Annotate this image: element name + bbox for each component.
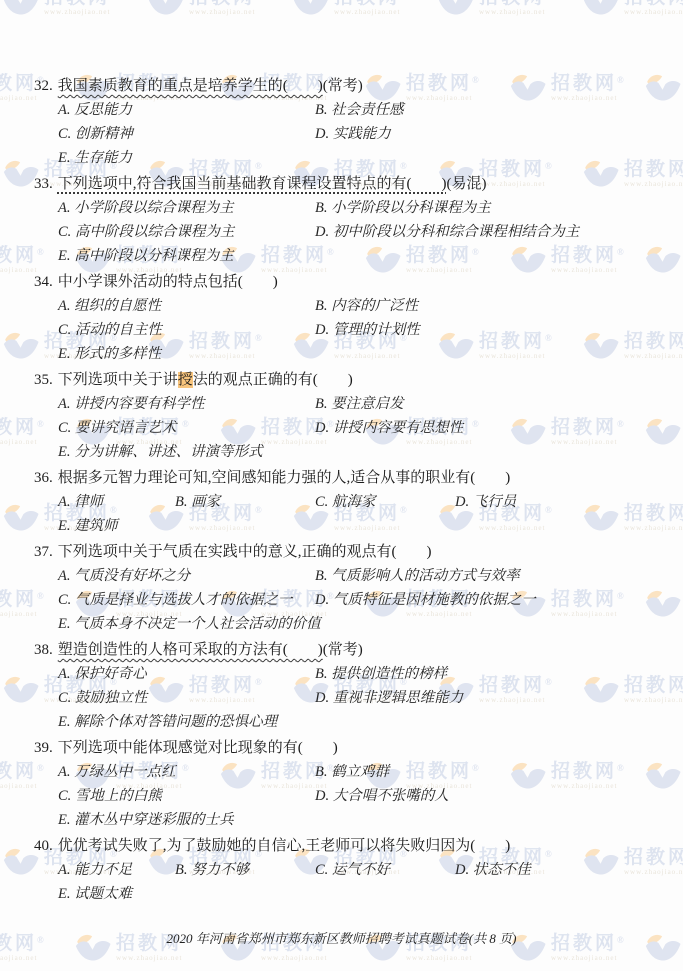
question-stem-line: 37.下列选项中关于气质在实践中的意义,正确的观点有( ) <box>0 540 683 564</box>
question-35: 35.下列选项中关于讲授法的观点正确的有( )A. 讲授内容要有科学性B. 要注… <box>0 368 683 464</box>
option-row: A. 小学阶段以综合课程为主B. 小学阶段以分科课程为主 <box>0 196 683 220</box>
question-34: 34.中小学课外活动的特点包括( )A. 组织的自愿性B. 内容的广泛性C. 活… <box>0 270 683 366</box>
question-36: 36.根据多元智力理论可知,空间感知能力强的人,适合从事的职业有( )A. 律师… <box>0 466 683 538</box>
option-row: E. 气质本身不决定一个人社会活动的价值 <box>0 612 683 636</box>
question-stem-text: 下列选项中关于讲授法的观点正确的有( ) <box>58 372 353 388</box>
option: A. 保护好奇心 <box>58 662 147 686</box>
question-stem-text: 优优考试失败了,为了鼓励她的自信心,王老师可以将失败归因为( ) <box>58 838 511 854</box>
question-frequency-tag: (常考) <box>323 78 363 94</box>
option-row: E. 试题太难 <box>0 882 683 906</box>
question-stem-text: 根据多元智力理论可知,空间感知能力强的人,适合从事的职业有( ) <box>58 470 511 486</box>
option: A. 组织的自愿性 <box>58 294 161 318</box>
option: C. 鼓励独立性 <box>58 686 147 710</box>
option: A. 万绿丛中一点红 <box>58 760 176 784</box>
option: A. 律师 <box>58 490 103 514</box>
option: D. 状态不佳 <box>455 858 531 882</box>
option-row: C. 气质是择业与选拔人才的依据之一D. 气质特征是因材施教的依据之一 <box>0 588 683 612</box>
option: B. 鹤立鸡群 <box>315 760 389 784</box>
option: B. 气质影响人的活动方式与效率 <box>315 564 520 588</box>
option-row: C. 活动的自主性D. 管理的计划性 <box>0 318 683 342</box>
option: C. 活动的自主性 <box>58 318 162 342</box>
page-footer: 2020 年河南省郑州市郑东新区教师招聘考试真题试卷(共 8 页) <box>0 928 683 947</box>
question-frequency-tag: (易混) <box>447 176 487 192</box>
question-stem-line: 34.中小学课外活动的特点包括( ) <box>0 270 683 294</box>
option: E. 建筑师 <box>58 514 118 538</box>
option-row: A. 气质没有好坏之分B. 气质影响人的活动方式与效率 <box>0 564 683 588</box>
option: A. 气质没有好坏之分 <box>58 564 190 588</box>
option-row: A. 讲授内容要有科学性B. 要注意启发 <box>0 392 683 416</box>
question-list: 32.我国素质教育的重点是培养学生的( )(常考)A. 反思能力B. 社会责任感… <box>0 74 683 906</box>
question-stem-line: 36.根据多元智力理论可知,空间感知能力强的人,适合从事的职业有( ) <box>0 466 683 490</box>
option: D. 飞行员 <box>455 490 516 514</box>
option-row: A. 反思能力B. 社会责任感 <box>0 98 683 122</box>
question-stem-line: 35.下列选项中关于讲授法的观点正确的有( ) <box>0 368 683 392</box>
option-row: E. 解除个体对答错问题的恐惧心理 <box>0 710 683 734</box>
option: D. 初中阶段以分科和综合课程相结合为主 <box>315 220 579 244</box>
question-37: 37.下列选项中关于气质在实践中的意义,正确的观点有( )A. 气质没有好坏之分… <box>0 540 683 636</box>
question-number: 40. <box>34 838 53 854</box>
question-number: 34. <box>34 274 53 290</box>
option: D. 大合唱不张嘴的人 <box>315 784 449 808</box>
question-stem-text: 下列选项中关于气质在实践中的意义,正确的观点有( ) <box>58 544 432 560</box>
question-33: 33.下列选项中,符合我国当前基础教育课程设置特点的有( )(易混)A. 小学阶… <box>0 172 683 268</box>
question-stem-line: 40.优优考试失败了,为了鼓励她的自信心,王老师可以将失败归因为( ) <box>0 834 683 858</box>
option: E. 灌木丛中穿迷彩服的士兵 <box>58 808 234 832</box>
question-number: 36. <box>34 470 53 486</box>
question-number: 35. <box>34 372 53 388</box>
option: C. 运气不好 <box>315 858 390 882</box>
question-stem-text: 塑造创造性的人格可采取的方法有( ) <box>58 642 323 658</box>
option: B. 小学阶段以分科课程为主 <box>315 196 491 220</box>
option: E. 生存能力 <box>58 146 132 170</box>
option: E. 解除个体对答错问题的恐惧心理 <box>58 710 277 734</box>
question-stem-line: 39.下列选项中能体现感觉对比现象的有( ) <box>0 736 683 760</box>
option-row: E. 形式的多样性 <box>0 342 683 366</box>
option-row: E. 灌木丛中穿迷彩服的士兵 <box>0 808 683 832</box>
option: D. 讲授内容要有思想性 <box>315 416 463 440</box>
question-stem-text: 下列选项中,符合我国当前基础教育课程设置特点的有( ) <box>58 176 447 192</box>
question-number: 39. <box>34 740 53 756</box>
option: C. 创新精神 <box>58 122 133 146</box>
option: A. 小学阶段以综合课程为主 <box>58 196 234 220</box>
question-40: 40.优优考试失败了,为了鼓励她的自信心,王老师可以将失败归因为( )A. 能力… <box>0 834 683 906</box>
option: E. 气质本身不决定一个人社会活动的价值 <box>58 612 321 636</box>
option-row: E. 高中阶段以分科课程为主 <box>0 244 683 268</box>
option: C. 气质是择业与选拔人才的依据之一 <box>58 588 292 612</box>
question-stem-text: 我国素质教育的重点是培养学生的( ) <box>58 78 323 94</box>
option-row: A. 律师B. 画家C. 航海家D. 飞行员 <box>0 490 683 514</box>
option: D. 重视非逻辑思维能力 <box>315 686 463 710</box>
exam-paper-page: { "page": { "background": "#fdfdfd", "te… <box>0 0 683 971</box>
option-row: E. 生存能力 <box>0 146 683 170</box>
option-row: A. 万绿丛中一点红B. 鹤立鸡群 <box>0 760 683 784</box>
option: A. 反思能力 <box>58 98 132 122</box>
option-row: C. 要讲究语言艺术D. 讲授内容要有思想性 <box>0 416 683 440</box>
question-stem-line: 33.下列选项中,符合我国当前基础教育课程设置特点的有( )(易混) <box>0 172 683 196</box>
question-frequency-tag: (常考) <box>323 642 363 658</box>
question-stem-text: 下列选项中能体现感觉对比现象的有( ) <box>58 740 338 756</box>
option-row: E. 建筑师 <box>0 514 683 538</box>
option-row: A. 组织的自愿性B. 内容的广泛性 <box>0 294 683 318</box>
highlighted-character: 授 <box>178 372 193 388</box>
option: B. 努力不够 <box>175 858 249 882</box>
option: E. 高中阶段以分科课程为主 <box>58 244 234 268</box>
question-38: 38.塑造创造性的人格可采取的方法有( )(常考)A. 保护好奇心B. 提供创造… <box>0 638 683 734</box>
question-number: 32. <box>34 78 53 94</box>
option: A. 讲授内容要有科学性 <box>58 392 205 416</box>
question-number: 37. <box>34 544 53 560</box>
option-row: A. 能力不足B. 努力不够C. 运气不好D. 状态不佳 <box>0 858 683 882</box>
question-number: 38. <box>34 642 53 658</box>
option: A. 能力不足 <box>58 858 132 882</box>
option: B. 要注意启发 <box>315 392 404 416</box>
option: D. 管理的计划性 <box>315 318 420 342</box>
option: B. 画家 <box>175 490 220 514</box>
option-row: C. 鼓励独立性D. 重视非逻辑思维能力 <box>0 686 683 710</box>
question-number: 33. <box>34 176 53 192</box>
option: D. 实践能力 <box>315 122 391 146</box>
option-row: C. 创新精神D. 实践能力 <box>0 122 683 146</box>
option: C. 雪地上的白熊 <box>58 784 162 808</box>
option-row: C. 高中阶段以综合课程为主D. 初中阶段以分科和综合课程相结合为主 <box>0 220 683 244</box>
option: B. 内容的广泛性 <box>315 294 418 318</box>
question-32: 32.我国素质教育的重点是培养学生的( )(常考)A. 反思能力B. 社会责任感… <box>0 74 683 170</box>
option-row: A. 保护好奇心B. 提供创造性的榜样 <box>0 662 683 686</box>
exam-content: 32.我国素质教育的重点是培养学生的( )(常考)A. 反思能力B. 社会责任感… <box>0 0 683 971</box>
question-stem-text: 中小学课外活动的特点包括( ) <box>58 274 278 290</box>
option: E. 分为讲解、讲述、讲演等形式 <box>58 440 263 464</box>
option: C. 要讲究语言艺术 <box>58 416 176 440</box>
option: E. 形式的多样性 <box>58 342 161 366</box>
question-stem-line: 32.我国素质教育的重点是培养学生的( )(常考) <box>0 74 683 98</box>
option: B. 提供创造性的榜样 <box>315 662 447 686</box>
option-row: C. 雪地上的白熊D. 大合唱不张嘴的人 <box>0 784 683 808</box>
option: B. 社会责任感 <box>315 98 404 122</box>
option: D. 气质特征是因材施教的依据之一 <box>315 588 536 612</box>
option: E. 试题太难 <box>58 882 132 906</box>
question-stem-line: 38.塑造创造性的人格可采取的方法有( )(常考) <box>0 638 683 662</box>
question-39: 39.下列选项中能体现感觉对比现象的有( )A. 万绿丛中一点红B. 鹤立鸡群C… <box>0 736 683 832</box>
option: C. 航海家 <box>315 490 375 514</box>
option: C. 高中阶段以综合课程为主 <box>58 220 234 244</box>
option-row: E. 分为讲解、讲述、讲演等形式 <box>0 440 683 464</box>
